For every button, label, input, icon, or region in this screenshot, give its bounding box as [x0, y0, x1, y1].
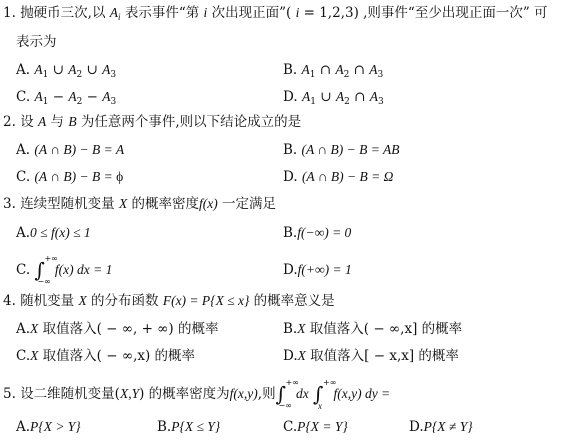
- math-var: X,Y: [120, 386, 139, 401]
- integral-sign: ∫+∞−∞: [276, 385, 286, 403]
- math-var: X: [78, 293, 86, 308]
- stem-text: 表示事件“第: [121, 5, 204, 21]
- option-label: A.: [16, 225, 30, 241]
- math-sub: 3: [378, 70, 384, 80]
- math-expr: Ω: [384, 169, 394, 184]
- option-label: C.: [16, 169, 30, 185]
- math-var: A: [369, 62, 377, 77]
- question-number: 3.: [3, 196, 16, 212]
- question-1-stem-cont: 表示为: [16, 33, 57, 51]
- math-op: ∩: [350, 89, 370, 105]
- option-label: D.: [283, 348, 298, 364]
- math-var: A: [68, 89, 76, 104]
- math-var: B: [68, 114, 76, 129]
- math-expr: ϕ: [116, 169, 123, 184]
- option-label: D.: [283, 89, 298, 105]
- question-2-option-a[interactable]: A. (A ∩ B) − B = A: [16, 141, 124, 159]
- question-2-option-c[interactable]: C. (A ∩ B) − B = ϕ: [16, 168, 123, 186]
- integral-upper-limit: +∞: [323, 379, 336, 387]
- math-expr: f(x,y): [230, 386, 258, 401]
- question-5-stem: 5. 设二维随机变量(X,Y) 的概率密度为f(x,y),则∫+∞−∞dx ∫+…: [3, 385, 390, 403]
- math-expr: f(x) dx = 1: [55, 262, 112, 277]
- exam-page: 1. 抛硬币三次,以 Ai 表示事件“第 i 次出现正面”( i = 1,2,3…: [0, 0, 566, 441]
- integral-lower-limit: −∞: [37, 278, 50, 286]
- math-var: X: [119, 196, 127, 211]
- math-expr: (A ∩ B) − B =: [302, 142, 383, 157]
- option-label: A.: [16, 62, 30, 78]
- option-text: 取值落入( − ∞,x) 的概率: [38, 348, 195, 364]
- math-op: ∪: [316, 89, 336, 105]
- stem-text: 的概率密度: [127, 196, 199, 212]
- question-3-option-a[interactable]: A.0 ≤ f(x) ≤ 1: [16, 224, 91, 242]
- math-sub: 3: [110, 70, 116, 80]
- question-4-stem: 4. 随机变量 X 的分布函数 F(x) = P{X ≤ x} 的概率意义是: [3, 292, 335, 310]
- option-label: C.: [283, 419, 297, 435]
- question-1-option-a[interactable]: A. A1 ∪ A2 ∪ A3: [16, 61, 116, 79]
- stem-text: 的概率意义是: [249, 293, 334, 309]
- math-var: A: [370, 89, 378, 104]
- math-expr: AB: [383, 142, 400, 157]
- stem-text: 为任意两个事件,则以下结论成立的是: [77, 114, 302, 130]
- question-number: 4.: [3, 293, 16, 309]
- option-label: D.: [283, 169, 298, 185]
- question-number: 2.: [3, 114, 16, 130]
- math-expr: f(x,y) dy =: [333, 386, 390, 401]
- math-var: A: [302, 62, 310, 77]
- option-label: B.: [283, 142, 297, 158]
- integral-sign: ∫+∞−∞: [34, 261, 44, 279]
- option-label: B.: [283, 321, 297, 337]
- option-label: B.: [283, 225, 297, 241]
- question-5-option-b[interactable]: B.P{X ≤ Y}: [157, 418, 220, 436]
- option-label: A.: [16, 142, 30, 158]
- math-op: −: [82, 89, 102, 105]
- stem-text: 抛硬币三次,以: [20, 5, 110, 21]
- stem-text: 设二维随机变量(: [20, 386, 120, 402]
- stem-text: = 1,2,3) ,则事件“至少出现正面一次” 可: [299, 5, 547, 21]
- option-label: B.: [157, 419, 171, 435]
- question-1-option-b[interactable]: B. A1 ∩ A2 ∩ A3: [283, 61, 383, 79]
- math-op: −: [48, 89, 68, 105]
- option-text: 取值落入( − ∞,x] 的概率: [305, 321, 462, 337]
- question-4-option-b[interactable]: B.X 取值落入( − ∞,x] 的概率: [283, 320, 462, 338]
- question-3-option-d[interactable]: D.f(+∞) = 1: [283, 261, 352, 279]
- option-label: D.: [409, 419, 424, 435]
- question-number: 5.: [3, 386, 16, 402]
- math-expr: A: [116, 142, 124, 157]
- math-var: A: [335, 62, 343, 77]
- question-4-option-a[interactable]: A.X 取值落入( − ∞, + ∞) 的概率: [16, 320, 218, 338]
- stem-text: 与: [46, 114, 68, 130]
- math-expr: P{X ≤ Y}: [171, 419, 220, 434]
- math-expr: F(x) = P{X ≤ x}: [163, 293, 250, 308]
- question-3-stem: 3. 连续型随机变量 X 的概率密度f(x) 一定满足: [3, 195, 276, 213]
- option-text: 取值落入[ − x,x] 的概率: [306, 348, 459, 364]
- math-expr: (A ∩ B) − B =: [34, 142, 115, 157]
- math-var: A: [110, 5, 118, 20]
- option-label: A.: [16, 419, 30, 435]
- integral-upper-limit: +∞: [44, 255, 57, 263]
- math-var: A: [302, 89, 310, 104]
- math-op: ∪: [48, 62, 68, 78]
- math-expr: dx: [296, 386, 309, 401]
- stem-text: 设: [20, 114, 38, 130]
- math-var: A: [34, 62, 42, 77]
- question-1-option-d[interactable]: D. A1 ∪ A2 ∩ A3: [283, 88, 384, 106]
- math-var: X: [298, 348, 306, 363]
- question-3-option-b[interactable]: B.f(−∞) = 0: [283, 224, 351, 242]
- math-var: A: [38, 114, 46, 129]
- math-op: ∩: [349, 62, 369, 78]
- math-expr: P{X ≠ Y}: [424, 419, 473, 434]
- stem-text: 连续型随机变量: [20, 196, 119, 212]
- option-text: 取值落入( − ∞, + ∞) 的概率: [38, 321, 218, 337]
- option-label: B.: [283, 62, 297, 78]
- math-var: A: [34, 89, 42, 104]
- math-expr: 0 ≤ f(x) ≤ 1: [30, 225, 91, 240]
- question-2-option-d[interactable]: D. (A ∩ B) − B = Ω: [283, 168, 393, 186]
- math-op: ∩: [316, 62, 336, 78]
- integral-lower-limit: −∞: [279, 402, 292, 410]
- math-expr: P{X > Y}: [30, 419, 81, 434]
- question-2-option-b[interactable]: B. (A ∩ B) − B = AB: [283, 141, 399, 159]
- question-4-option-d[interactable]: D.X 取值落入[ − x,x] 的概率: [283, 347, 459, 365]
- option-label: A.: [16, 321, 30, 337]
- question-5-option-d[interactable]: D.P{X ≠ Y}: [409, 418, 473, 436]
- stem-text: 一定满足: [218, 196, 276, 212]
- question-3-option-c[interactable]: C. ∫+∞−∞f(x) dx = 1: [16, 261, 112, 279]
- integral-lower-limit: x: [318, 402, 322, 410]
- math-expr: (A ∩ B) − B =: [302, 169, 384, 184]
- math-sub: 3: [378, 97, 384, 107]
- math-var: A: [336, 89, 344, 104]
- question-number: 1.: [3, 5, 16, 21]
- math-expr: f(x): [199, 196, 218, 211]
- integral-sign: ∫+∞x: [313, 385, 323, 403]
- stem-text: 随机变量: [20, 293, 78, 309]
- stem-text: 的分布函数: [87, 293, 163, 309]
- math-op: ∪: [82, 62, 102, 78]
- option-label: C.: [16, 348, 30, 364]
- question-1-stem: 1. 抛硬币三次,以 Ai 表示事件“第 i 次出现正面”( i = 1,2,3…: [3, 4, 548, 22]
- math-expr: f(+∞) = 1: [298, 262, 352, 277]
- question-4-option-c[interactable]: C.X 取值落入( − ∞,x) 的概率: [16, 347, 195, 365]
- math-expr: P{X = Y}: [297, 419, 348, 434]
- math-expr: (A ∩ B) − B =: [34, 169, 116, 184]
- question-5-option-c[interactable]: C.P{X = Y}: [283, 418, 348, 436]
- stem-text: ) 的概率密度为: [139, 386, 230, 402]
- question-5-option-a[interactable]: A.P{X > Y}: [16, 418, 81, 436]
- stem-text: ,则: [258, 386, 276, 402]
- option-label: C.: [16, 89, 30, 105]
- integral-upper-limit: +∞: [286, 379, 299, 387]
- stem-text: 次出现正面”(: [207, 5, 295, 21]
- option-label: C.: [16, 262, 30, 278]
- math-sub: 3: [110, 97, 116, 107]
- question-2-stem: 2. 设 A 与 B 为任意两个事件,则以下结论成立的是: [3, 113, 301, 131]
- math-expr: f(−∞) = 0: [297, 225, 351, 240]
- question-1-option-c[interactable]: C. A1 − A2 − A3: [16, 88, 116, 106]
- option-label: D.: [283, 262, 298, 278]
